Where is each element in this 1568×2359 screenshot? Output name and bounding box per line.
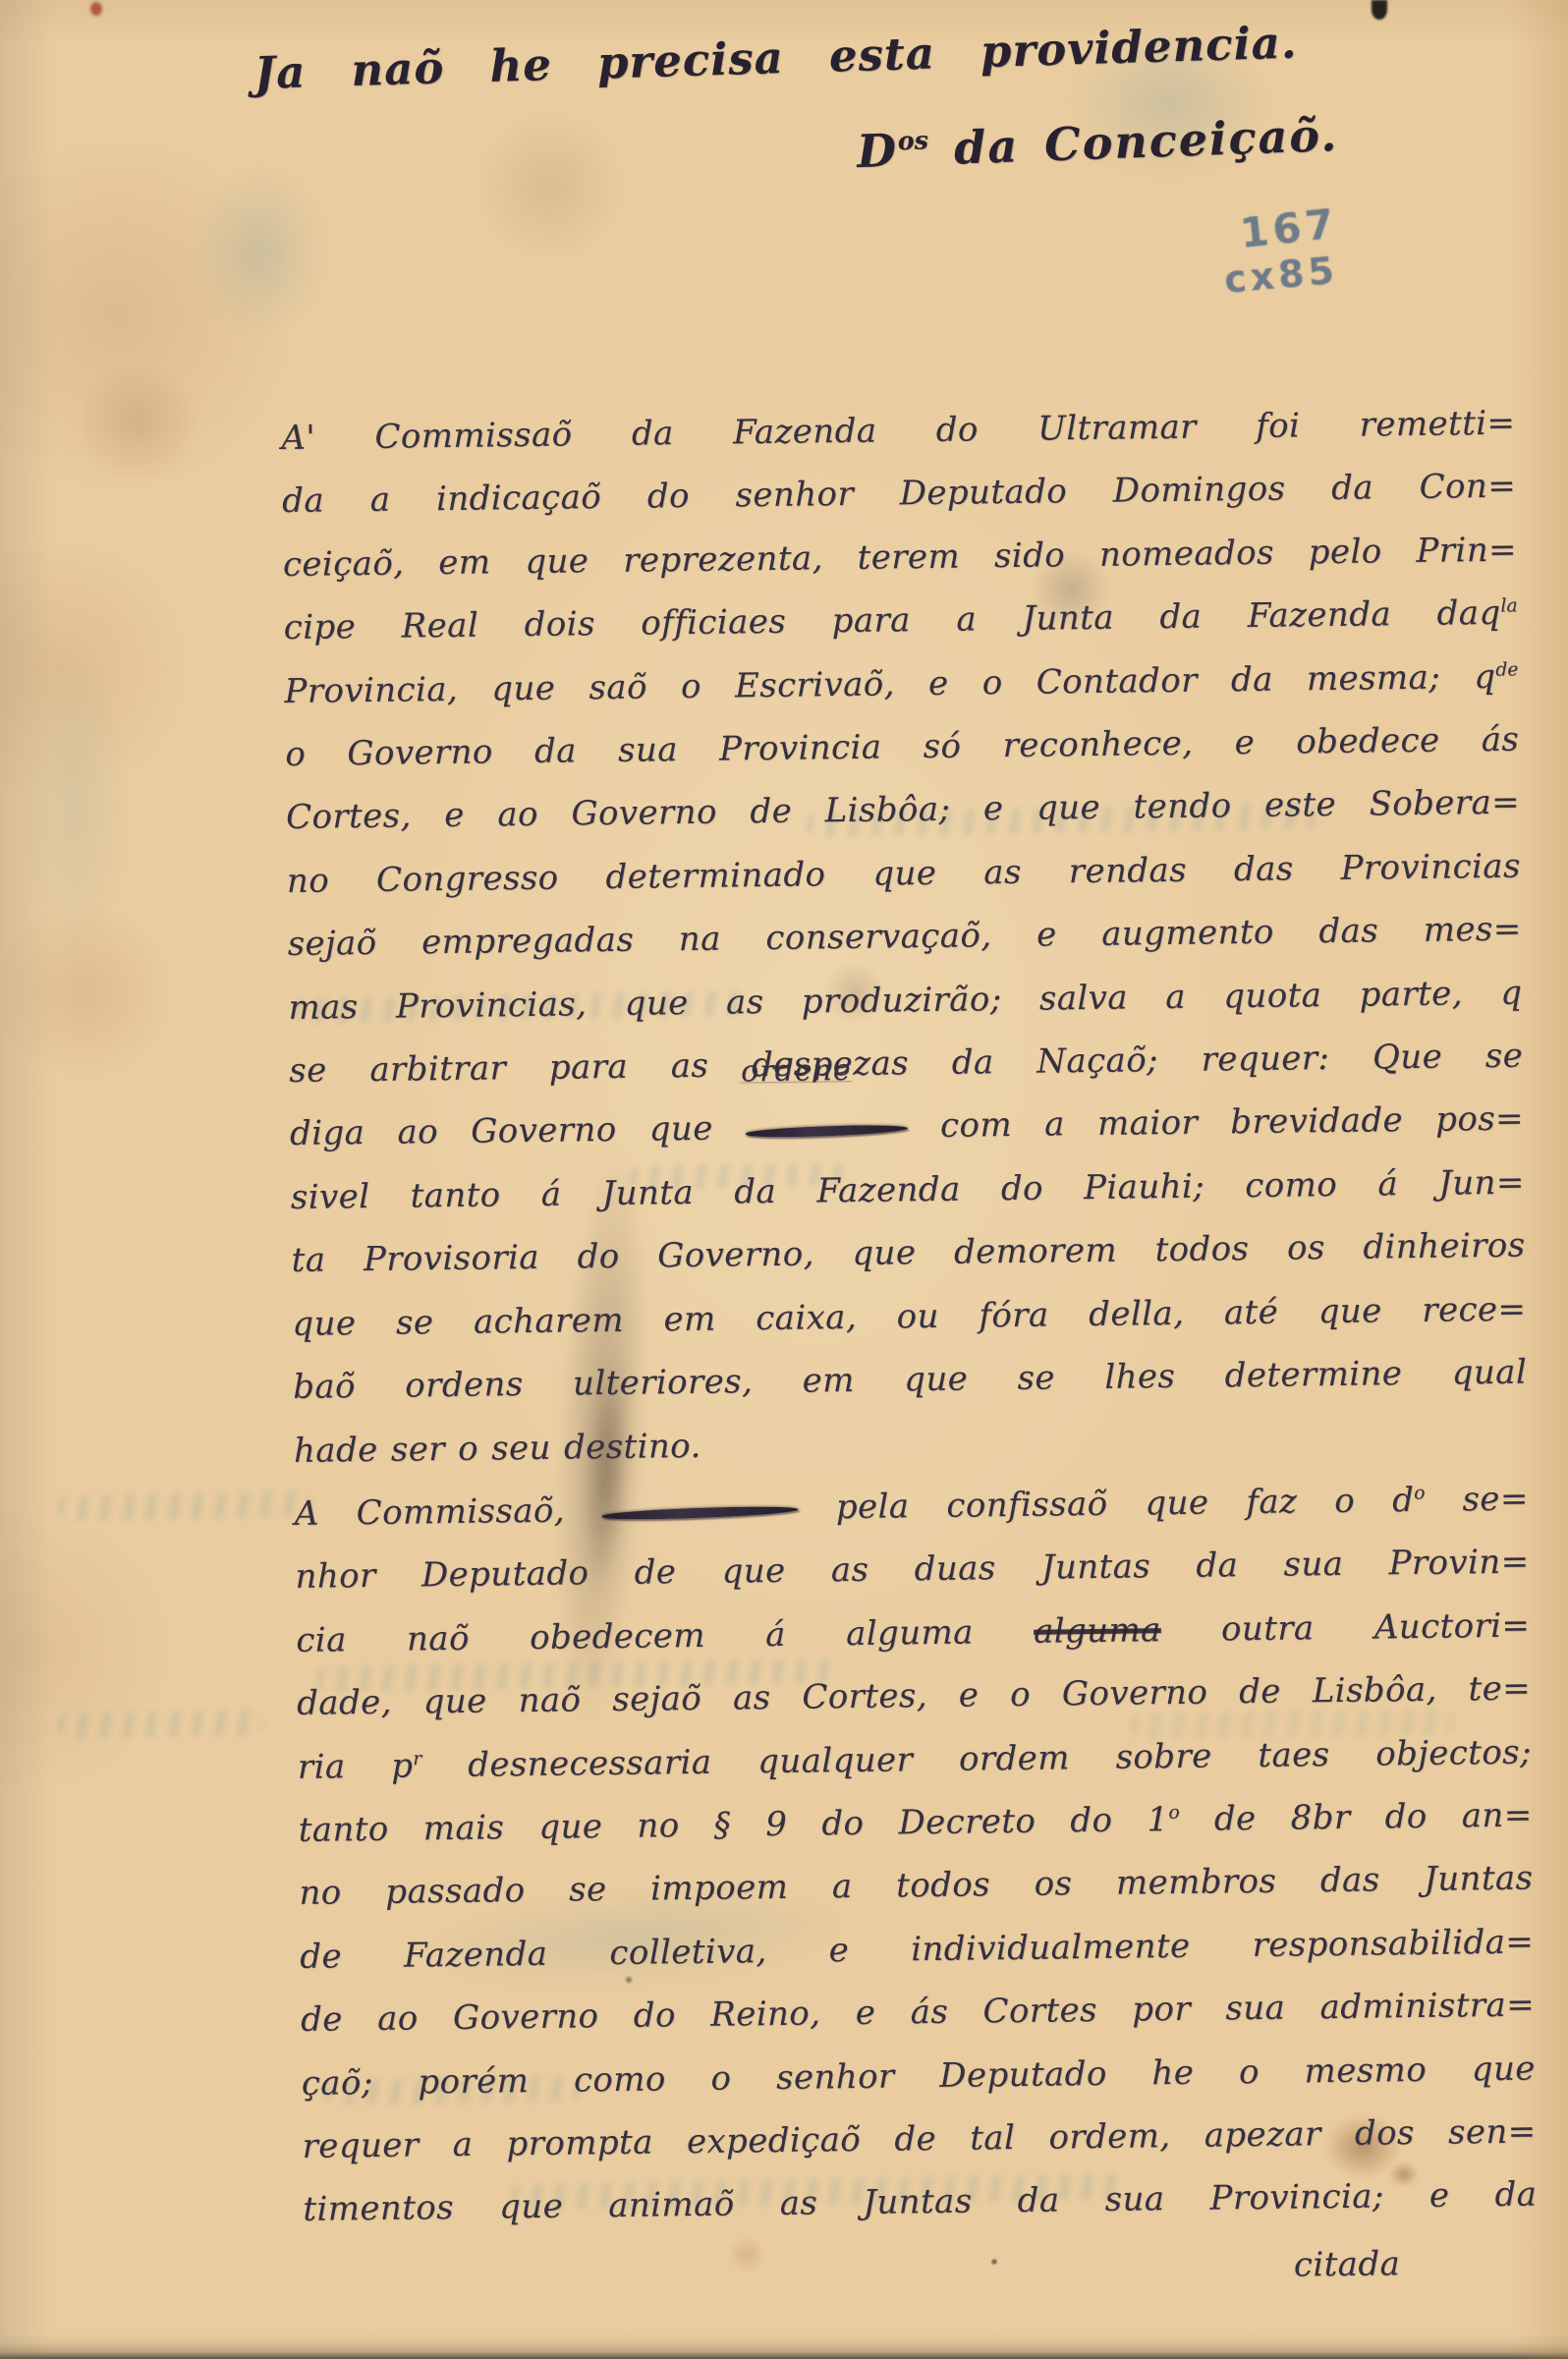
bleed-through-line — [57, 1491, 312, 1522]
catchword: citada — [304, 2230, 1539, 2309]
bleed-through-mark — [20, 648, 128, 963]
edge-red-speck — [90, 2, 102, 16]
ink-blot-strike — [746, 1124, 908, 1140]
superscript-abbreviation: de — [1495, 659, 1518, 680]
signature-initial: D — [856, 124, 899, 178]
struck-through-word: alguma — [1034, 1610, 1161, 1652]
ink-blot-strike — [602, 1504, 799, 1522]
manuscript-scan: Ja naõ he precisa esta providencia. Dos … — [0, 0, 1568, 2359]
manuscript-body: A' Commissaõ da Fazenda do Ultramar foi … — [281, 392, 1539, 2309]
approval-annotation: Ja naõ he precisa esta providencia. — [253, 14, 1298, 101]
crossed-out-word: ordene — [745, 1095, 908, 1160]
interlinear-insertion: ordene — [741, 1056, 852, 1087]
signature-superscript: os — [897, 125, 928, 155]
superscript-abbreviation: la — [1500, 596, 1517, 617]
bleed-through-mark — [196, 167, 324, 334]
superscript-abbreviation: o — [1414, 1483, 1426, 1503]
signature-rest: da Conceiçaõ. — [927, 108, 1339, 176]
bleed-through-line — [57, 1710, 263, 1739]
annotation-signature: Dos da Conceiçaõ. — [856, 107, 1369, 178]
archival-box-number: cx85 — [1222, 249, 1339, 302]
superscript-abbreviation: r — [413, 1749, 421, 1769]
crossed-out-word — [601, 1477, 799, 1543]
superscript-abbreviation: o — [1168, 1803, 1180, 1824]
edge-ink-mark — [1372, 0, 1387, 20]
